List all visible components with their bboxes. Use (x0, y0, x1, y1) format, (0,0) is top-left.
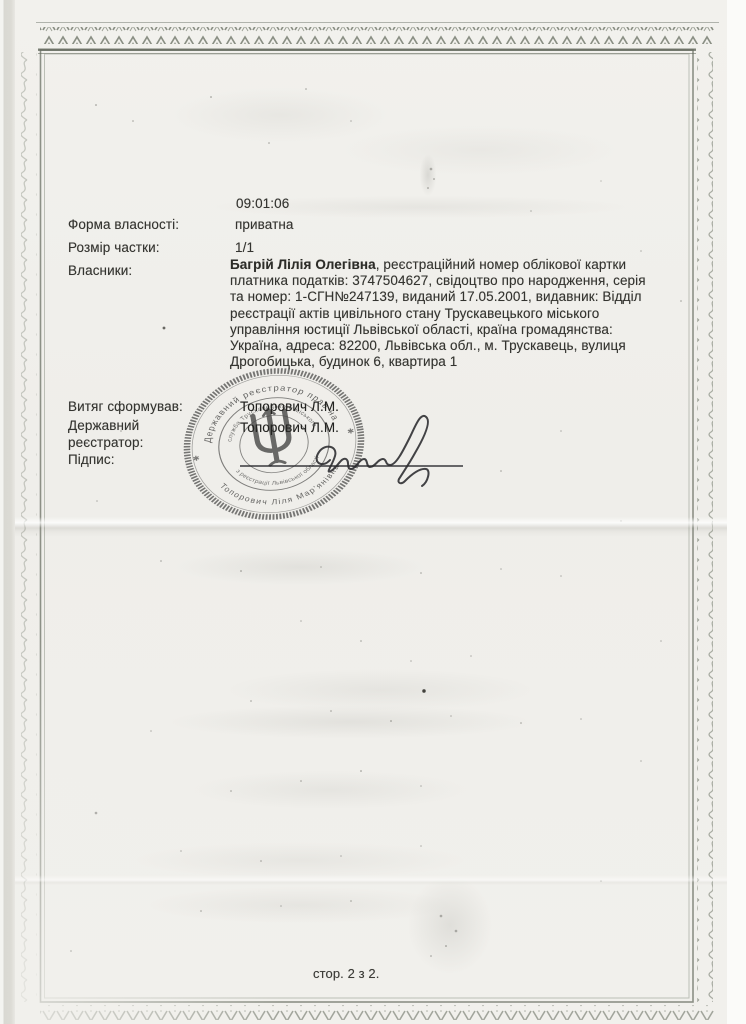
scanner-margin (727, 0, 746, 1024)
timestamp: 09:01:06 (236, 196, 289, 211)
field-value-registrar: Топорович Л.М. (240, 420, 339, 435)
page-edge-shadow (0, 0, 15, 1024)
stamp-separator-left: ✱ (192, 454, 201, 463)
field-value-formed-by: Топорович Л.М. (240, 399, 339, 414)
field-value-ownership-form: приватна (235, 217, 294, 232)
field-label-formed-by: Витяг сформував: (68, 399, 183, 414)
field-label-signature: Підпис: (68, 452, 115, 467)
field-label-share-size: Розмір частки: (68, 240, 160, 255)
decorative-border (0, 0, 746, 1024)
owner-details: , реєстраційний номер облікової картки п… (230, 257, 646, 369)
scanned-document-page: 09:01:06 Форма власності: приватна Розмі… (0, 0, 746, 1024)
field-label-owners: Власники: (68, 263, 132, 278)
owner-name: Багрій Лілія Олегівна (230, 257, 376, 272)
field-label-registrar: Державний реєстратор: (68, 417, 184, 451)
page-number: стор. 2 з 2. (313, 966, 379, 981)
field-label-ownership-form: Форма власності: (68, 217, 179, 232)
owners-paragraph: Багрій Лілія Олегівна, реєстраційний ном… (230, 257, 648, 370)
field-value-share-size: 1/1 (235, 240, 254, 255)
